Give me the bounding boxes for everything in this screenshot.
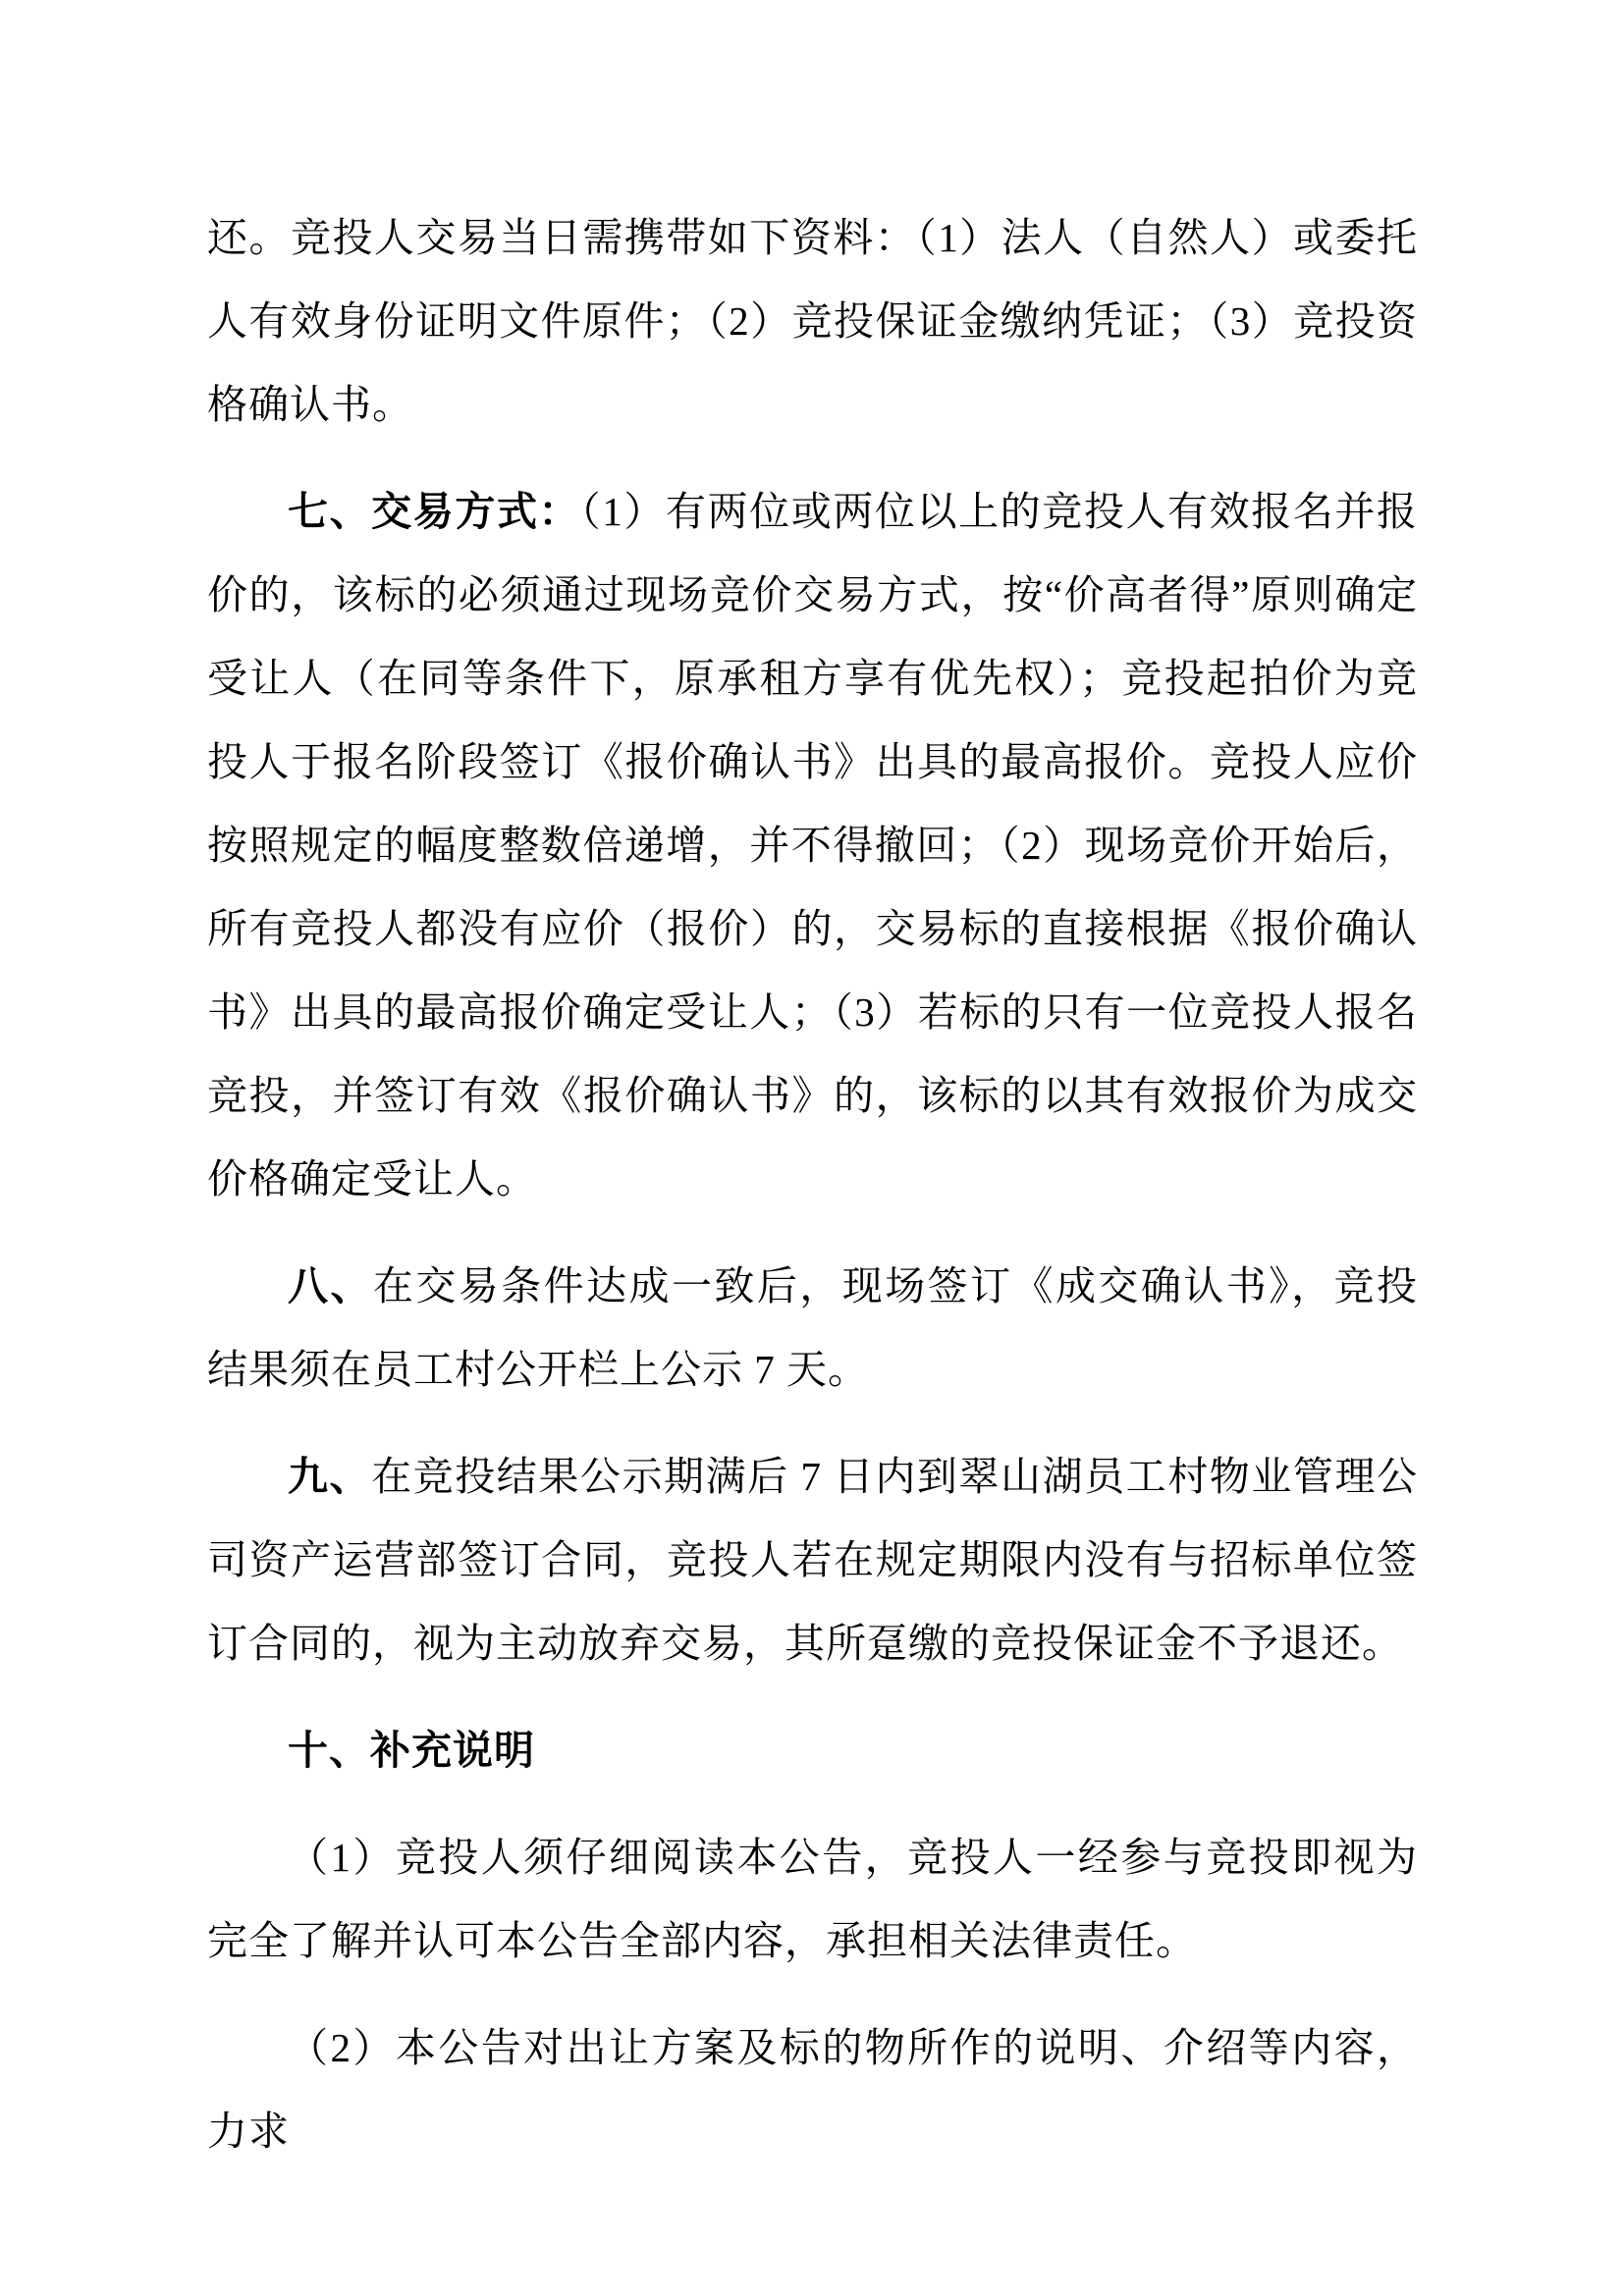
bold-text-run: 九、 [288,1454,371,1499]
text-run: （1）有两位或两位以上的竞投人有效报名并报价的，该标的必须通过现场竞价交易方式，… [207,489,1418,1201]
paragraph: 还。竞投人交易当日需携带如下资料：（1）法人（自然人）或委托人有效身份证明文件原… [207,196,1418,447]
text-run: （1）竞投人须仔细阅读本公告，竞投人一经参与竞投即视为完全了解并认可本公告全部内… [207,1835,1418,1963]
document-body: 还。竞投人交易当日需携带如下资料：（1）法人（自然人）或委托人有效身份证明文件原… [207,196,1418,2197]
text-run: 在交易条件达成一致后，现场签订《成交确认书》，竞投结果须在员工村公开栏上公示 7… [207,1263,1418,1392]
text-run: 还。竞投人交易当日需携带如下资料：（1）法人（自然人）或委托人有效身份证明文件原… [207,215,1418,427]
paragraph: （1）竞投人须仔细阅读本公告，竞投人一经参与竞投即视为完全了解并认可本公告全部内… [207,1816,1418,1983]
paragraph: 八、在交易条件达成一致后，现场签订《成交确认书》，竞投结果须在员工村公开栏上公示… [207,1245,1418,1412]
text-run: （2）本公告对出让方案及标的物所作的说明、介绍等内容，力求 [207,2025,1418,2154]
paragraph: 十、补充说明 [207,1709,1418,1792]
bold-text-run: 十、补充说明 [288,1728,535,1773]
paragraph: 七、交易方式：（1）有两位或两位以上的竞投人有效报名并报价的，该标的必须通过现场… [207,470,1418,1221]
bold-text-run: 八、 [288,1263,373,1308]
paragraph: 九、在竞投结果公示期满后 7 日内到翠山湖员工村物业管理公司资产运营部签订合同，… [207,1435,1418,1685]
text-run: 在竞投结果公示期满后 7 日内到翠山湖员工村物业管理公司资产运营部签订合同，竞投… [207,1454,1418,1666]
paragraph: （2）本公告对出让方案及标的物所作的说明、介绍等内容，力求 [207,2006,1418,2173]
bold-text-run: 七、交易方式： [288,489,580,534]
document-page: 还。竞投人交易当日需携带如下资料：（1）法人（自然人）或委托人有效身份证明文件原… [0,0,1624,2296]
